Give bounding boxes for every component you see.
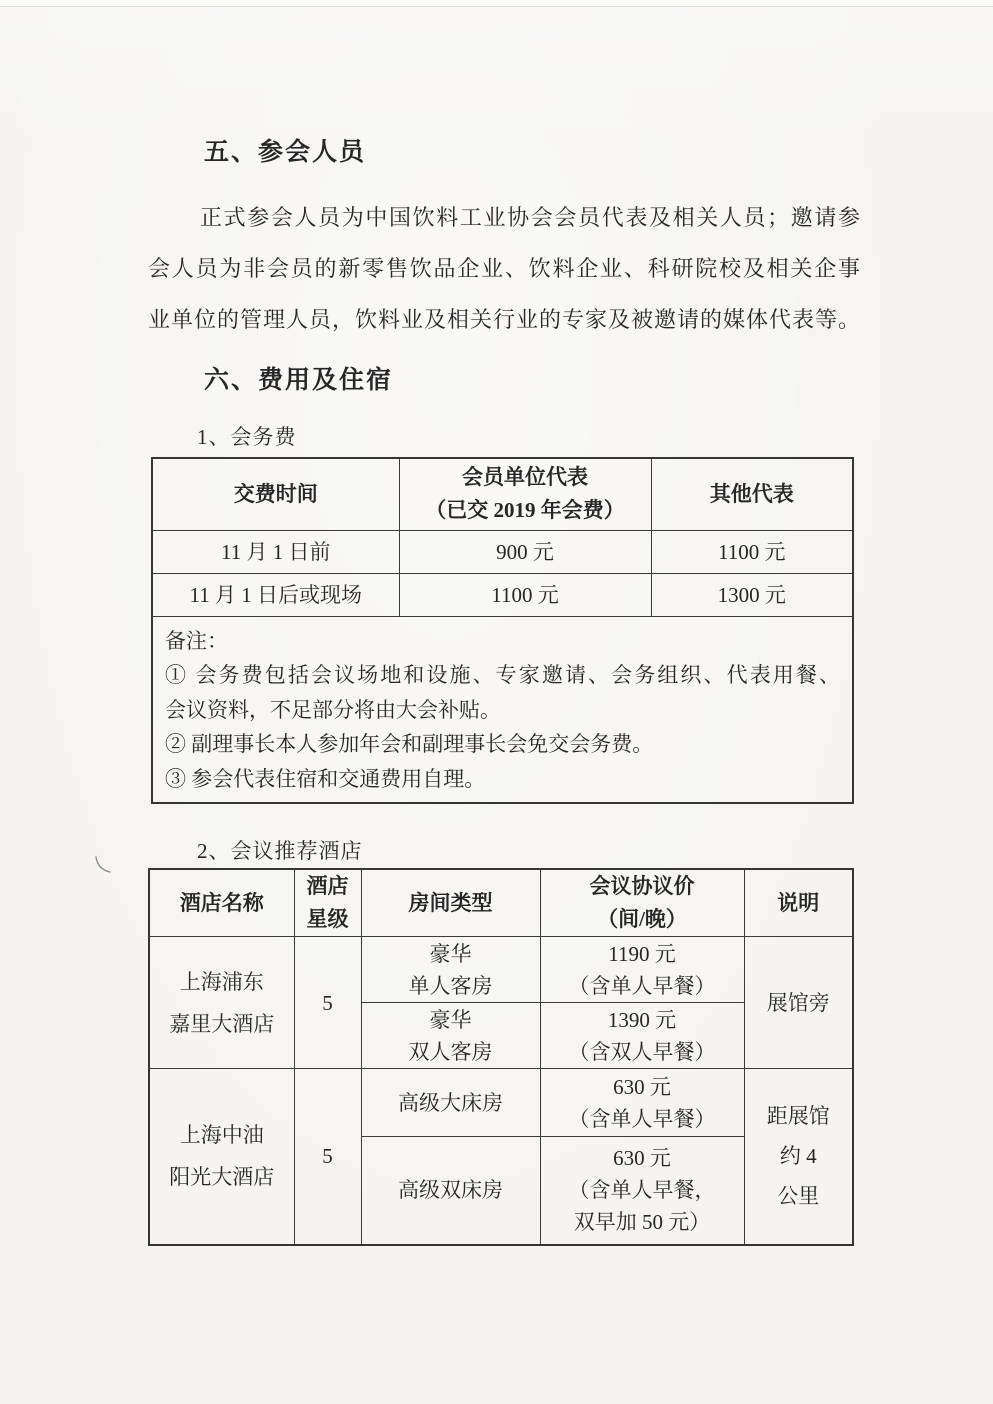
column-header: 交费时间 (152, 458, 399, 530)
note-line: 会议资料，不足部分将由大会补贴。 (165, 693, 840, 728)
column-header: 酒店 星级 (294, 869, 361, 937)
hotel-stars-cell: 5 (294, 1069, 361, 1245)
paragraph-line: 业单位的管理人员，饮料业及相关行业的专家及被邀请的媒体代表等。 (148, 294, 860, 345)
subheading-conference-fee: 1、会务费 (148, 424, 860, 450)
room-price-cell: 630 元 （含单人早餐） (540, 1069, 744, 1137)
column-header: 房间类型 (361, 869, 540, 937)
hotel-stars-cell: 5 (294, 937, 361, 1069)
room-type-cell: 豪华 双人客房 (361, 1003, 540, 1069)
fee-table-header-row: 交费时间 会员单位代表 （已交 2019 年会费） 其他代表 (152, 458, 853, 530)
document-content: 五、参会人员 正式参会人员为中国饮料工业协会会员代表及相关人员；邀请参 会人员为… (148, 0, 860, 1246)
fee-table-row: 11 月 1 日后或现场 1100 元 1300 元 (152, 573, 853, 616)
hotel-row: 上海浦东 嘉里大酒店 5 豪华 单人客房 1190 元 （含单人早餐） 展馆旁 (149, 937, 853, 1003)
note-line: ③ 参会代表住宿和交通费用自理。 (165, 762, 840, 797)
note-line: ② 副理事长本人参加年会和副理事长会免交会务费。 (165, 727, 840, 762)
room-price-cell: 1190 元 （含单人早餐） (540, 937, 744, 1003)
hotel-table: 酒店名称 酒店 星级 房间类型 会议协议价 （间/晚） 说明 上海浦东 嘉里大酒… (148, 868, 854, 1246)
note-line: ① 会务费包括会议场地和设施、专家邀请、会务组织、代表用餐、 (165, 658, 840, 693)
hotel-name-cell: 上海中油 阳光大酒店 (149, 1069, 294, 1245)
table-cell: 900 元 (399, 530, 651, 573)
table-cell: 11 月 1 日后或现场 (152, 573, 399, 616)
fee-table: 交费时间 会员单位代表 （已交 2019 年会费） 其他代表 11 月 1 日前… (151, 457, 854, 804)
section-heading-participants: 五、参会人员 (148, 139, 860, 167)
table-cell: 1100 元 (399, 573, 651, 616)
hotel-note-cell: 距展馆 约 4 公里 (744, 1069, 853, 1245)
hotel-row: 上海中油 阳光大酒店 5 高级大床房 630 元 （含单人早餐） 距展馆 约 4… (149, 1069, 853, 1137)
room-price-cell: 630 元 （含单人早餐， 双早加 50 元） (540, 1137, 744, 1245)
column-header: 说明 (744, 869, 853, 937)
notes-cell: 备注： ① 会务费包括会议场地和设施、专家邀请、会务组织、代表用餐、 会议资料，… (152, 616, 853, 803)
section-heading-fees: 六、费用及住宿 (148, 367, 860, 395)
fee-table-row: 11 月 1 日前 900 元 1100 元 (152, 530, 853, 573)
paragraph-line: 正式参会人员为中国饮料工业协会会员代表及相关人员；邀请参 (148, 192, 860, 243)
room-price-cell: 1390 元 （含双人早餐） (540, 1003, 744, 1069)
column-header: 酒店名称 (149, 869, 294, 937)
table-cell: 1100 元 (651, 530, 853, 573)
room-type-cell: 高级双床房 (361, 1137, 540, 1245)
hotel-table-header-row: 酒店名称 酒店 星级 房间类型 会议协议价 （间/晚） 说明 (149, 869, 853, 937)
pen-stroke-artifact (94, 855, 114, 877)
fee-table-notes-row: 备注： ① 会务费包括会议场地和设施、专家邀请、会务组织、代表用餐、 会议资料，… (152, 616, 853, 803)
hotel-name-cell: 上海浦东 嘉里大酒店 (149, 937, 294, 1069)
table-cell: 11 月 1 日前 (152, 530, 399, 573)
room-type-cell: 豪华 单人客房 (361, 937, 540, 1003)
scanned-document-page: 五、参会人员 正式参会人员为中国饮料工业协会会员代表及相关人员；邀请参 会人员为… (0, 0, 993, 1404)
paragraph-line: 会人员为非会员的新零售饮品企业、饮料企业、科研院校及相关企事 (148, 243, 860, 294)
hotel-note-cell: 展馆旁 (744, 937, 853, 1069)
notes-title: 备注： (165, 624, 840, 659)
subheading-recommended-hotels: 2、会议推荐酒店 (148, 838, 860, 864)
column-header: 会员单位代表 （已交 2019 年会费） (399, 458, 651, 530)
table-cell: 1300 元 (651, 573, 853, 616)
column-header: 其他代表 (651, 458, 853, 530)
participants-paragraph: 正式参会人员为中国饮料工业协会会员代表及相关人员；邀请参 会人员为非会员的新零售… (148, 192, 860, 345)
column-header: 会议协议价 （间/晚） (540, 869, 744, 937)
room-type-cell: 高级大床房 (361, 1069, 540, 1137)
